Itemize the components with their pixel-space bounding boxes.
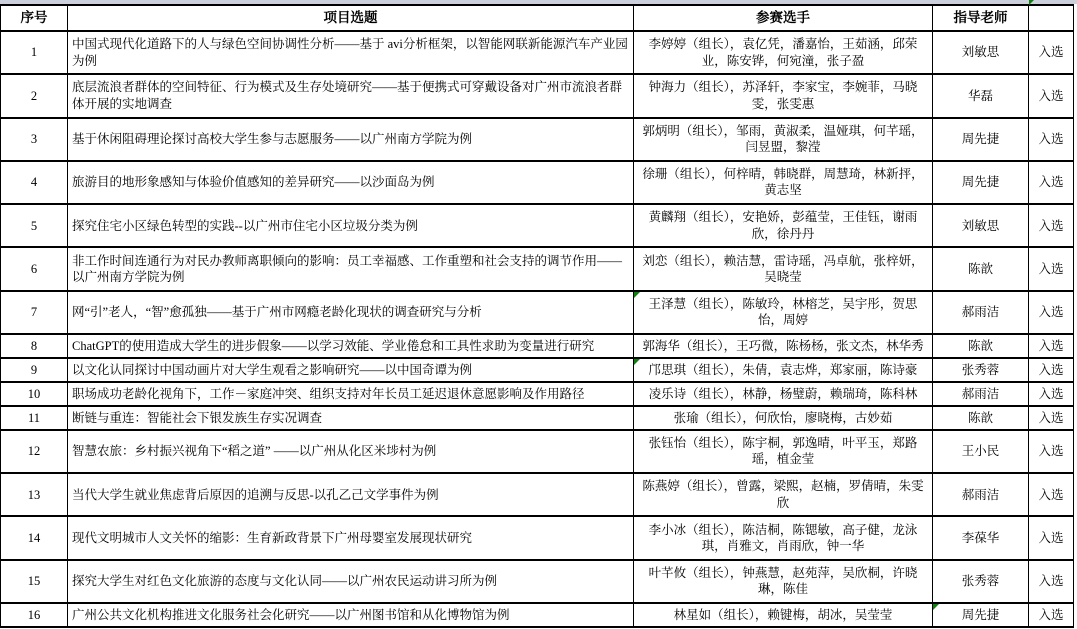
table-row: 2 底层流浪者群体的空间特征、行为模式及生存处境研究——基于便携式可穿戴设备对广… (1, 74, 1074, 117)
cell-participants[interactable]: 王泽慧（组长），陈敏玲，林榕芝，吴宇彤，贺思怡，周婷 (634, 291, 933, 334)
cell-index[interactable]: 2 (1, 74, 68, 117)
cell-participants[interactable]: 钟海力（组长），苏泽轩，李家宝，李婉菲，马晓雯，张雯惠 (634, 74, 933, 117)
index-value: 15 (28, 574, 41, 588)
participants-text: 张钰怡（组长），陈宇桐，郭逸晴，叶平玉，郑路瑶，植金莹 (649, 436, 918, 467)
index-value: 11 (28, 411, 40, 425)
index-value: 10 (28, 387, 41, 401)
cell-topic[interactable]: ChatGPT的使用造成大学生的进步假象——以学习效能、学业倦怠和工具性求助为变… (68, 334, 634, 358)
topic-text: 当代大学生就业焦虑背后原因的追溯与反思-以孔乙己文学事件为例 (72, 488, 439, 502)
participants-text: 陈燕婷（组长），曾露，梁熙，赵楠，罗倩晴，朱雯欣 (642, 479, 923, 510)
topic-text: 探究住宅小区绿色转型的实践--以广州市住宅小区垃圾分类为例 (72, 219, 418, 233)
topic-text: 网“引”老人，“智”愈孤独——基于广州市网瘾老龄化现状的调查研究与分析 (72, 305, 482, 319)
cell-advisor[interactable]: 张秀蓉 (933, 358, 1029, 382)
advisor-text: 张秀蓉 (962, 363, 1000, 377)
cell-topic[interactable]: 智慧农旅：乡村振兴视角下“稻之道” ——以广州从化区米埗村为例 (68, 430, 634, 473)
cell-index[interactable]: 1 (1, 31, 68, 74)
cell-topic[interactable]: 现代文明城市人文关怀的缩影：生育新政背景下广州母婴室发展现状研究 (68, 516, 634, 559)
topic-text: 现代文明城市人文关怀的缩影：生育新政背景下广州母婴室发展现状研究 (72, 531, 472, 545)
advisor-text: 周先捷 (962, 175, 1000, 189)
topic-text: ChatGPT的使用造成大学生的进步假象——以学习效能、学业倦怠和工具性求助为变… (72, 339, 594, 353)
cell-status[interactable]: 入选 (1029, 74, 1074, 117)
header-num[interactable]: 序号 (1, 5, 68, 31)
cell-status[interactable]: 入选 (1029, 560, 1074, 603)
header-topic[interactable]: 项目选题 (68, 5, 634, 31)
advisor-text: 华磊 (968, 89, 993, 103)
cell-index[interactable]: 11 (1, 406, 68, 430)
index-value: 3 (31, 132, 37, 146)
table-row: 12 智慧农旅：乡村振兴视角下“稻之道” ——以广州从化区米埗村为例 张钰怡（组… (1, 430, 1074, 473)
status-text: 入选 (1038, 531, 1063, 545)
cell-topic[interactable]: 旅游目的地形象感知与体验价值感知的差异研究——以沙面岛为例 (68, 161, 634, 204)
cell-participants[interactable]: 叶芊攸（组长），钟燕慧，赵苑萍，吴欣桐，许晓琳，陈佳 (634, 560, 933, 603)
table-row: 1 中国式现代化道路下的人与绿色空间协调性分析——基于 avi分析框架，以智能网… (1, 31, 1074, 74)
cell-index[interactable]: 7 (1, 291, 68, 334)
cell-index[interactable]: 12 (1, 430, 68, 473)
cell-topic[interactable]: 断链与重连：智能社会下银发族生存实况调查 (68, 406, 634, 430)
cell-status[interactable]: 入选 (1029, 118, 1074, 161)
participants-text: 刘恋（组长），赖洁慧，雷诗瑶，冯卓航，张梓妍，吴晓莹 (642, 254, 923, 285)
participants-text: 徐珊（组长），何梓晴，韩晓群，周慧琦，林新抨，黄志坚 (642, 167, 923, 198)
cell-status[interactable]: 入选 (1029, 516, 1074, 559)
participants-text: 凌乐诗（组长），林静，杨璧蔚，赖瑞琦，陈科林 (649, 387, 918, 401)
table-row: 3 基于休闲阻碍理论探讨高校大学生参与志愿服务——以广州南方学院为例 郭炳明（组… (1, 118, 1074, 161)
participants-text: 王泽慧（组长），陈敏玲，林榕芝，吴宇彤，贺思怡，周婷 (649, 297, 918, 328)
cell-participants[interactable]: 凌乐诗（组长），林静，杨璧蔚，赖瑞琦，陈科林 (634, 382, 933, 406)
cell-topic[interactable]: 基于休闲阻碍理论探讨高校大学生参与志愿服务——以广州南方学院为例 (68, 118, 634, 161)
index-value: 9 (31, 363, 37, 377)
advisor-text: 陈歆 (968, 339, 993, 353)
status-text: 入选 (1038, 608, 1063, 622)
table-row: 8 ChatGPT的使用造成大学生的进步假象——以学习效能、学业倦怠和工具性求助… (1, 334, 1074, 358)
header-participants-label: 参赛选手 (756, 10, 810, 25)
cell-participants[interactable]: 刘恋（组长），赖洁慧，雷诗瑶，冯卓航，张梓妍，吴晓莹 (634, 247, 933, 290)
cell-flag-icon (634, 292, 640, 298)
cell-index[interactable]: 10 (1, 382, 68, 406)
participants-text: 李小冰（组长），陈洁桐，陈锶敏，高子健，龙泳琪，肖雅文，肖雨欣，钟一华 (649, 523, 918, 554)
cell-advisor[interactable]: 刘敏思 (933, 204, 1029, 247)
table-row: 4 旅游目的地形象感知与体验价值感知的差异研究——以沙面岛为例 徐珊（组长），何… (1, 161, 1074, 204)
topic-text: 中国式现代化道路下的人与绿色空间协调性分析——基于 avi分析框架，以智能网联新… (72, 37, 628, 68)
participants-text: 郭海华（组长），王巧微，陈杨杨，张文杰，林华秀 (642, 339, 923, 353)
advisor-text: 郝雨洁 (962, 305, 1000, 319)
topic-text: 断链与重连：智能社会下银发族生存实况调查 (72, 411, 322, 425)
topic-text: 智慧农旅：乡村振兴视角下“稻之道” ——以广州从化区米埗村为例 (72, 444, 436, 458)
cell-flag-icon (1029, 0, 1034, 5)
advisor-text: 郝雨洁 (962, 488, 1000, 502)
cell-status[interactable]: 入选 (1029, 204, 1074, 247)
cell-participants[interactable]: 陈燕婷（组长），曾露，梁熙，赵楠，罗倩晴，朱雯欣 (634, 473, 933, 516)
cell-index[interactable]: 6 (1, 247, 68, 290)
status-text: 入选 (1038, 219, 1063, 233)
cell-topic[interactable]: 底层流浪者群体的空间特征、行为模式及生存处境研究——基于便携式可穿戴设备对广州市… (68, 74, 634, 117)
topic-text: 职场成功老龄化视角下，工作－家庭冲突、组织支持对年长员工延迟退休意愿影响及作用路… (72, 387, 585, 401)
cell-index[interactable]: 8 (1, 334, 68, 358)
cell-advisor[interactable]: 张秀蓉 (933, 560, 1029, 603)
cell-participants[interactable]: 林星如（组长），赖键梅，胡冰，吴莹莹 (634, 603, 933, 627)
cell-index[interactable]: 9 (1, 358, 68, 382)
cell-status[interactable]: 入选 (1029, 161, 1074, 204)
cell-index[interactable]: 5 (1, 204, 68, 247)
participants-text: 李婷婷（组长），袁亿凭，潘嘉怡，王茹涵，邱荣业，陈安铧，何宛潼，张子盈 (649, 37, 918, 68)
advisor-text: 周先捷 (962, 132, 1000, 146)
cell-topic[interactable]: 网“引”老人，“智”愈孤独——基于广州市网瘾老龄化现状的调查研究与分析 (68, 291, 634, 334)
table-row: 9 以文化认同探讨中国动画片对大学生观看之影响研究——以中国奇谭为例 邝思琪（组… (1, 358, 1074, 382)
status-text: 入选 (1038, 387, 1063, 401)
status-text: 入选 (1038, 574, 1063, 588)
cell-status[interactable]: 入选 (1029, 406, 1074, 430)
spreadsheet-view: 序号 项目选题 参赛选手 指导老师 1 中国式现代化道路下的人与绿色空间协调性分… (0, 0, 1077, 629)
index-value: 13 (28, 488, 41, 502)
cell-index[interactable]: 14 (1, 516, 68, 559)
topic-text: 广州公共文化机构推进文化服务社会化研究——以广州图书馆和从化博物馆为例 (72, 608, 510, 622)
cell-status[interactable]: 入选 (1029, 291, 1074, 334)
cell-participants[interactable]: 李婷婷（组长），袁亿凭，潘嘉怡，王茹涵，邱荣业，陈安铧，何宛潼，张子盈 (634, 31, 933, 74)
cell-topic[interactable]: 当代大学生就业焦虑背后原因的追溯与反思-以孔乙己文学事件为例 (68, 473, 634, 516)
participants-text: 钟海力（组长），苏泽轩，李家宝，李婉菲，马晓雯，张雯惠 (649, 80, 918, 111)
status-text: 入选 (1038, 444, 1063, 458)
participants-text: 林星如（组长），赖键梅，胡冰，吴莹莹 (674, 608, 893, 622)
cell-index[interactable]: 13 (1, 473, 68, 516)
table-row: 11 断链与重连：智能社会下银发族生存实况调查 张瑜（组长），何欣怡，廖晓梅，古… (1, 406, 1074, 430)
header-topic-label: 项目选题 (324, 10, 378, 25)
cell-index[interactable]: 16 (1, 603, 68, 627)
index-value: 7 (31, 305, 37, 319)
index-value: 1 (31, 45, 37, 59)
participants-text: 叶芊攸（组长），钟燕慧，赵苑萍，吴欣桐，许晓琳，陈佳 (649, 566, 918, 597)
advisor-text: 郝雨洁 (962, 387, 1000, 401)
header-participants[interactable]: 参赛选手 (634, 5, 933, 31)
advisor-text: 陈歆 (968, 262, 993, 276)
status-text: 入选 (1038, 488, 1063, 502)
cell-advisor[interactable]: 郝雨洁 (933, 473, 1029, 516)
status-text: 入选 (1038, 175, 1063, 189)
header-row: 序号 项目选题 参赛选手 指导老师 (1, 5, 1074, 31)
cell-advisor[interactable]: 陈歆 (933, 334, 1029, 358)
cell-participants[interactable]: 李小冰（组长），陈洁桐，陈锶敏，高子健，龙泳琪，肖雅文，肖雨欣，钟一华 (634, 516, 933, 559)
index-value: 8 (31, 339, 37, 353)
cell-advisor[interactable]: 郝雨洁 (933, 382, 1029, 406)
cell-topic[interactable]: 职场成功老龄化视角下，工作－家庭冲突、组织支持对年长员工延迟退休意愿影响及作用路… (68, 382, 634, 406)
index-value: 6 (31, 262, 37, 276)
cell-advisor[interactable]: 王小民 (933, 430, 1029, 473)
cell-status[interactable]: 入选 (1029, 247, 1074, 290)
cell-advisor[interactable]: 周先捷 (933, 161, 1029, 204)
status-text: 入选 (1038, 89, 1063, 103)
cell-index[interactable]: 3 (1, 118, 68, 161)
topic-text: 基于休闲阻碍理论探讨高校大学生参与志愿服务——以广州南方学院为例 (72, 132, 472, 146)
cell-participants[interactable]: 张瑜（组长），何欣怡，廖晓梅，古妙茹 (634, 406, 933, 430)
advisor-text: 张秀蓉 (962, 574, 1000, 588)
header-advisor[interactable]: 指导老师 (933, 5, 1029, 31)
cell-advisor[interactable]: 周先捷 (933, 603, 1029, 627)
cell-participants[interactable]: 邝思琪（组长），朱倩，袁志烨，郑家丽，陈诗豪 (634, 358, 933, 382)
participants-text: 黄麟翔（组长），安艳娇，彭蕴莹，王佳钰，谢雨欣，徐丹丹 (649, 210, 918, 241)
header-status[interactable] (1029, 5, 1074, 31)
cell-advisor[interactable]: 郝雨洁 (933, 291, 1029, 334)
table-row: 7 网“引”老人，“智”愈孤独——基于广州市网瘾老龄化现状的调查研究与分析 王泽… (1, 291, 1074, 334)
index-value: 14 (28, 531, 41, 545)
advisor-text: 李葆华 (962, 531, 1000, 545)
cell-participants[interactable]: 郭炳明（组长），邹雨，黄淑柔，温娅琪，何芊瑶，闫昱盟，黎滢 (634, 118, 933, 161)
cell-index[interactable]: 4 (1, 161, 68, 204)
table-row: 5 探究住宅小区绿色转型的实践--以广州市住宅小区垃圾分类为例 黄麟翔（组长），… (1, 204, 1074, 247)
status-text: 入选 (1038, 132, 1063, 146)
table-row: 14 现代文明城市人文关怀的缩影：生育新政背景下广州母婴室发展现状研究 李小冰（… (1, 516, 1074, 559)
cell-topic[interactable]: 探究住宅小区绿色转型的实践--以广州市住宅小区垃圾分类为例 (68, 204, 634, 247)
table-row: 6 非工作时间连通行为对民办教师离职倾向的影响：员工幸福感、工作重塑和社会支持的… (1, 247, 1074, 290)
participants-text: 郭炳明（组长），邹雨，黄淑柔，温娅琪，何芊瑶，闫昱盟，黎滢 (642, 124, 923, 155)
cell-advisor[interactable]: 刘敏思 (933, 31, 1029, 74)
advisor-text: 刘敏思 (962, 45, 1000, 59)
cell-status[interactable]: 入选 (1029, 603, 1074, 627)
advisor-text: 周先捷 (962, 608, 1000, 622)
cell-participants[interactable]: 黄麟翔（组长），安艳娇，彭蕴莹，王佳钰，谢雨欣，徐丹丹 (634, 204, 933, 247)
cell-advisor[interactable]: 陈歆 (933, 247, 1029, 290)
index-value: 5 (31, 219, 37, 233)
advisor-text: 陈歆 (968, 411, 993, 425)
topic-text: 非工作时间连通行为对民办教师离职倾向的影响：员工幸福感、工作重塑和社会支持的调节… (72, 254, 622, 285)
cell-topic[interactable]: 中国式现代化道路下的人与绿色空间协调性分析——基于 avi分析框架，以智能网联新… (68, 31, 634, 74)
cell-status[interactable]: 入选 (1029, 430, 1074, 473)
participants-text: 张瑜（组长），何欣怡，廖晓梅，古妙茹 (674, 411, 893, 425)
topic-text: 以文化认同探讨中国动画片对大学生观看之影响研究——以中国奇谭为例 (72, 363, 472, 377)
cell-flag-icon (634, 359, 640, 365)
cell-advisor[interactable]: 陈歆 (933, 406, 1029, 430)
cell-advisor[interactable]: 周先捷 (933, 118, 1029, 161)
cell-topic[interactable]: 探究大学生对红色文化旅游的态度与文化认同——以广州农民运动讲习所为例 (68, 560, 634, 603)
cell-index[interactable]: 15 (1, 560, 68, 603)
advisor-text: 王小民 (962, 444, 1000, 458)
index-value: 12 (28, 444, 41, 458)
cell-status[interactable]: 入选 (1029, 473, 1074, 516)
status-text: 入选 (1038, 411, 1063, 425)
cell-advisor[interactable]: 华磊 (933, 74, 1029, 117)
cell-topic[interactable]: 广州公共文化机构推进文化服务社会化研究——以广州图书馆和从化博物馆为例 (68, 603, 634, 627)
cell-participants[interactable]: 徐珊（组长），何梓晴，韩晓群，周慧琦，林新抨，黄志坚 (634, 161, 933, 204)
cell-advisor[interactable]: 李葆华 (933, 516, 1029, 559)
table-row: 10 职场成功老龄化视角下，工作－家庭冲突、组织支持对年长员工延迟退休意愿影响及… (1, 382, 1074, 406)
cell-status[interactable]: 入选 (1029, 334, 1074, 358)
status-text: 入选 (1038, 305, 1063, 319)
table-row: 13 当代大学生就业焦虑背后原因的追溯与反思-以孔乙己文学事件为例 陈燕婷（组长… (1, 473, 1074, 516)
topic-text: 底层流浪者群体的空间特征、行为模式及生存处境研究——基于便携式可穿戴设备对广州市… (72, 80, 622, 111)
table-row: 16 广州公共文化机构推进文化服务社会化研究——以广州图书馆和从化博物馆为例 林… (1, 603, 1074, 627)
index-value: 2 (31, 89, 37, 103)
topic-text: 探究大学生对红色文化旅游的态度与文化认同——以广州农民运动讲习所为例 (72, 574, 497, 588)
header-num-label: 序号 (21, 10, 48, 25)
cell-status[interactable]: 入选 (1029, 382, 1074, 406)
cell-participants[interactable]: 郭海华（组长），王巧微，陈杨杨，张文杰，林华秀 (634, 334, 933, 358)
status-text: 入选 (1038, 363, 1063, 377)
status-text: 入选 (1038, 339, 1063, 353)
topic-text: 旅游目的地形象感知与体验价值感知的差异研究——以沙面岛为例 (72, 175, 435, 189)
cell-participants[interactable]: 张钰怡（组长），陈宇桐，郭逸晴，叶平玉，郑路瑶，植金莹 (634, 430, 933, 473)
index-value: 4 (31, 175, 37, 189)
cell-topic[interactable]: 非工作时间连通行为对民办教师离职倾向的影响：员工幸福感、工作重塑和社会支持的调节… (68, 247, 634, 290)
advisor-text: 刘敏思 (962, 219, 1000, 233)
status-text: 入选 (1038, 262, 1063, 276)
participants-text: 邝思琪（组长），朱倩，袁志烨，郑家丽，陈诗豪 (649, 363, 918, 377)
header-advisor-label: 指导老师 (954, 10, 1008, 25)
cell-flag-icon (933, 604, 939, 610)
status-text: 入选 (1038, 45, 1063, 59)
cell-status[interactable]: 入选 (1029, 358, 1074, 382)
cell-status[interactable]: 入选 (1029, 31, 1074, 74)
index-value: 16 (28, 608, 41, 622)
table-row: 15 探究大学生对红色文化旅游的态度与文化认同——以广州农民运动讲习所为例 叶芊… (1, 560, 1074, 603)
projects-table: 序号 项目选题 参赛选手 指导老师 1 中国式现代化道路下的人与绿色空间协调性分… (0, 4, 1074, 628)
cell-topic[interactable]: 以文化认同探讨中国动画片对大学生观看之影响研究——以中国奇谭为例 (68, 358, 634, 382)
